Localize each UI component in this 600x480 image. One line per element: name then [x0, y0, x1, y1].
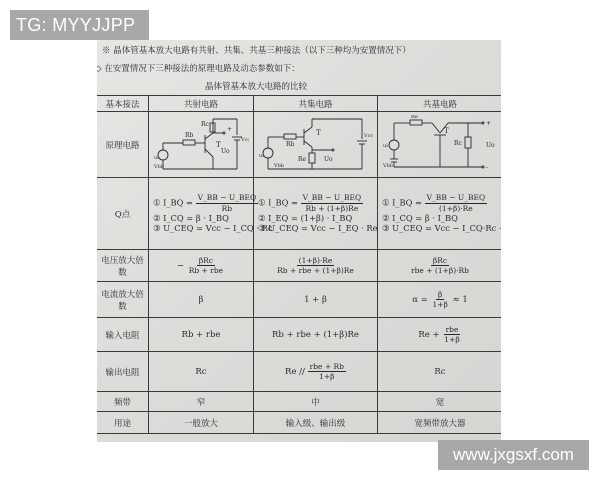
common-emitter-circuit: Rb Rc T + Uo Vcc ui Vbb	[149, 112, 254, 178]
output-resistance-cc: Re // rbe + Rb1+β	[254, 352, 378, 392]
header-cell: 基本接法	[97, 96, 149, 112]
row-label: 用途	[97, 412, 149, 434]
input-resistance-cb: Re + rbe1+β	[378, 318, 502, 352]
common-collector-circuit: Rb T Re Uo Vcc ui Vbb	[254, 112, 378, 178]
output-resistance-cb: Rc	[378, 352, 502, 392]
formula-prefix: ① I_BQ =	[153, 198, 193, 208]
svg-text:T: T	[444, 127, 449, 135]
formula: ③ U_CEQ = Vcc − I_CQ·Rc + U_BEQ	[382, 223, 498, 233]
common-base-circuit: Re T Rc + Uo - ui Vbb	[378, 112, 502, 178]
table-row-current-gain: 电流放大倍数 β 1 + β α = β1+β ≈ 1	[97, 282, 501, 318]
table-header-row: 基本接法 共射电路 共集电路 共基电路	[97, 96, 501, 112]
svg-text:Vcc: Vcc	[363, 133, 373, 139]
svg-text:Rc: Rc	[201, 121, 210, 128]
formula: ② I_EQ = (1+β) · I_BQ	[258, 213, 373, 223]
row-label: 频带	[97, 392, 149, 412]
fraction: β1+β	[430, 290, 449, 309]
svg-text:Rc: Rc	[454, 140, 463, 147]
denominator: Rb + rbe	[187, 266, 225, 275]
circuit-diagram-icon: Rb Rc T + Uo Vcc ui Vbb	[153, 115, 249, 175]
table-row-q-point: Q点 ① I_BQ = V_BB − U_BEQRb ② I_CQ = β · …	[97, 178, 501, 250]
intro-line-1: ※ 晶体管基本放大电路有共射、共集、共基三种接法（以下三种均为安置情况下）	[102, 44, 411, 56]
watermark-top: TG: MYYJJPP	[10, 10, 149, 40]
q-point-cc: ① I_BQ = V_BB − U_BEQRb + (1+β)Re ② I_EQ…	[254, 178, 378, 250]
svg-text:+: +	[227, 126, 232, 133]
fraction: βRcrbe + (1+β)·Rb	[409, 256, 471, 275]
numerator: rbe	[444, 325, 461, 335]
svg-text:T: T	[316, 129, 321, 137]
numerator: V_BB − U_BEQ	[196, 193, 258, 203]
svg-text:Vbb: Vbb	[153, 164, 164, 170]
numerator: (1+β)·Re	[297, 256, 335, 266]
table-title: 晶体管基本放大电路的比较	[205, 80, 307, 92]
svg-text:Vcc: Vcc	[240, 137, 249, 143]
current-gain-ce: β	[149, 282, 254, 318]
table-row-usage: 用途 一般放大 输入级、输出级 宽频带放大器	[97, 412, 501, 434]
formula-prefix: −	[177, 261, 184, 271]
bandwidth-ce: 窄	[149, 392, 254, 412]
circuit-diagram-icon: Re T Rc + Uo - ui Vbb	[382, 115, 498, 175]
output-resistance-ce: Rc	[149, 352, 254, 392]
svg-text:Re: Re	[411, 115, 418, 120]
header-cell: 共基电路	[378, 96, 502, 112]
numerator: βRc	[431, 256, 449, 266]
denominator: Rb	[220, 204, 234, 213]
row-label: Q点	[97, 178, 149, 250]
voltage-gain-cb: βRcrbe + (1+β)·Rb	[378, 250, 502, 282]
table-row-circuit: 原理电路 Rb Rc T	[97, 112, 501, 178]
svg-text:Rb: Rb	[286, 141, 295, 148]
fraction: (1+β)·ReRb + rbe + (1+β)Re	[275, 256, 356, 275]
watermark-bottom: www.jxgsxf.com	[438, 440, 589, 470]
formula-prefix: ① I_BQ =	[258, 198, 298, 208]
table-row-input-resistance: 输入电阻 Rb + rbe Rb + rbe + (1+β)Re Re + rb…	[97, 318, 501, 352]
formula: ② I_CQ = β · I_BQ	[153, 213, 249, 223]
current-gain-cc: 1 + β	[254, 282, 378, 318]
formula: ② I_CQ = β · I_BQ	[382, 213, 498, 223]
comparison-table: 基本接法 共射电路 共集电路 共基电路 原理电路	[97, 95, 501, 434]
fraction: V_BB − U_BEQRb + (1+β)Re	[301, 193, 363, 213]
q-point-ce: ① I_BQ = V_BB − U_BEQRb ② I_CQ = β · I_B…	[149, 178, 254, 250]
denominator: 1+β	[430, 300, 449, 309]
formula-prefix: Re +	[418, 330, 439, 340]
denominator: 1+β	[442, 335, 461, 344]
numerator: V_BB − U_BEQ	[301, 193, 363, 203]
svg-text:Uo: Uo	[486, 142, 495, 149]
svg-text:ui: ui	[383, 143, 388, 149]
formula-prefix: Re //	[285, 367, 305, 377]
fraction: βRcRb + rbe	[187, 256, 225, 275]
input-resistance-cc: Rb + rbe + (1+β)Re	[254, 318, 378, 352]
bandwidth-cc: 中	[254, 392, 378, 412]
row-label: 电压放大倍数	[97, 250, 149, 282]
numerator: β	[436, 290, 444, 300]
fraction: V_BB − U_BEQ(1+β)·Re	[425, 193, 487, 213]
handwritten-notes-page: ※ 晶体管基本放大电路有共射、共集、共基三种接法（以下三种均为安置情况下） ◇ …	[97, 40, 501, 442]
table-row-voltage-gain: 电压放大倍数 − βRcRb + rbe (1+β)·ReRb + rbe + …	[97, 250, 501, 282]
row-label: 输入电阻	[97, 318, 149, 352]
formula-suffix: ≈ 1	[453, 295, 468, 305]
table-row-bandwidth: 频带 窄 中 宽	[97, 392, 501, 412]
denominator: (1+β)·Re	[437, 204, 475, 213]
header-cell: 共集电路	[254, 96, 378, 112]
formula: ③ U_CEQ = Vcc − I_CQ · Rc	[153, 223, 249, 233]
formula-prefix: ① I_BQ =	[382, 198, 422, 208]
fraction: V_BB − U_BEQRb	[196, 193, 258, 213]
row-label: 输出电阻	[97, 352, 149, 392]
q-point-cb: ① I_BQ = V_BB − U_BEQ(1+β)·Re ② I_CQ = β…	[378, 178, 502, 250]
bandwidth-cb: 宽	[378, 392, 502, 412]
formula: ① I_BQ = V_BB − U_BEQ(1+β)·Re	[382, 193, 498, 213]
svg-text:Rb: Rb	[185, 132, 194, 139]
svg-text:Vbb: Vbb	[382, 163, 393, 169]
numerator: rbe + Rb	[308, 362, 346, 372]
voltage-gain-ce: − βRcRb + rbe	[149, 250, 254, 282]
current-gain-cb: α = β1+β ≈ 1	[378, 282, 502, 318]
usage-cb: 宽频带放大器	[378, 412, 502, 434]
formula: ① I_BQ = V_BB − U_BEQRb + (1+β)Re	[258, 193, 373, 213]
svg-text:Uo: Uo	[221, 148, 230, 155]
denominator: Rb + (1+β)Re	[303, 204, 360, 213]
voltage-gain-cc: (1+β)·ReRb + rbe + (1+β)Re	[254, 250, 378, 282]
svg-text:Uo: Uo	[324, 156, 333, 163]
svg-text:-: -	[486, 164, 488, 171]
usage-cc: 输入级、输出级	[254, 412, 378, 434]
svg-text:ui: ui	[154, 155, 159, 161]
formula-prefix: α =	[412, 295, 428, 305]
svg-text:+: +	[486, 120, 491, 127]
intro-line-2: ◇ 在安置情况下三种接法的原理电路及动态参数如下：	[97, 62, 300, 74]
svg-text:ui: ui	[259, 153, 264, 159]
row-label: 原理电路	[97, 112, 149, 178]
svg-text:Vbb: Vbb	[273, 163, 284, 169]
numerator: V_BB − U_BEQ	[425, 193, 487, 203]
circuit-diagram-icon: Rb T Re Uo Vcc ui Vbb	[258, 115, 374, 175]
fraction: rbe + Rb1+β	[308, 362, 346, 381]
denominator: Rb + rbe + (1+β)Re	[275, 266, 356, 275]
svg-text:Re: Re	[298, 156, 307, 163]
fraction: rbe1+β	[442, 325, 461, 344]
formula: ① I_BQ = V_BB − U_BEQRb	[153, 193, 249, 213]
usage-ce: 一般放大	[149, 412, 254, 434]
denominator: rbe + (1+β)·Rb	[409, 266, 471, 275]
formula: ③ U_CEQ = Vcc − I_EQ · Re	[258, 223, 373, 233]
input-resistance-ce: Rb + rbe	[149, 318, 254, 352]
table-row-output-resistance: 输出电阻 Rc Re // rbe + Rb1+β Rc	[97, 352, 501, 392]
numerator: βRc	[197, 256, 215, 266]
row-label: 电流放大倍数	[97, 282, 149, 318]
denominator: 1+β	[317, 372, 336, 381]
header-cell: 共射电路	[149, 96, 254, 112]
